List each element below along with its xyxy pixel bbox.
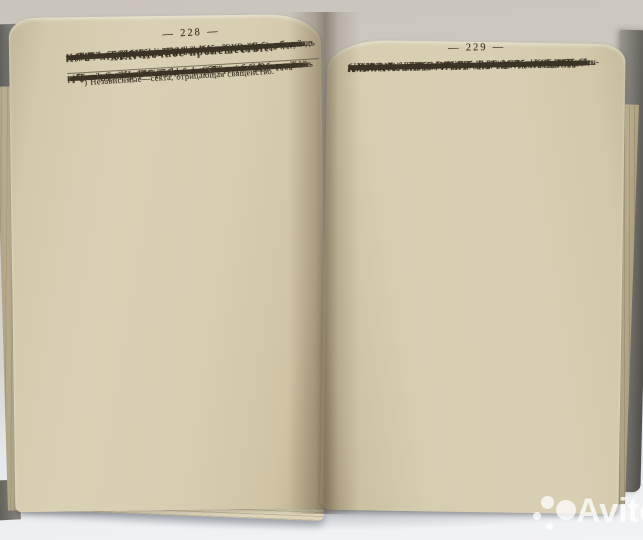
avito-watermark: Avito: [532, 490, 643, 540]
page-left-text-block: — 228 — нихъ показалось кислымъ? Можетъ-…: [65, 20, 320, 89]
page-left: — 228 — нихъ показалось кислымъ? Можетъ-…: [9, 14, 328, 512]
book-photo: — 228 — нихъ показалось кислымъ? Можетъ-…: [0, 0, 643, 540]
page-right-text-block: — 229 — — Фанатизмъ,—сказалъ онъ мнѣ одн…: [348, 41, 606, 63]
page-right-lines: — Фанатизмъ,—сказалъ онъ мнѣ однажды,—оз…: [348, 57, 606, 62]
page-right: — 229 — — Фанатизмъ,—сказалъ онъ мнѣ одн…: [320, 40, 625, 515]
text-line: и сказалъ мнѣ:: [348, 61, 407, 73]
avito-logo-icon: [532, 496, 576, 536]
avito-watermark-label: Avito: [576, 492, 643, 531]
page-number-right: — 229 —: [348, 41, 606, 57]
